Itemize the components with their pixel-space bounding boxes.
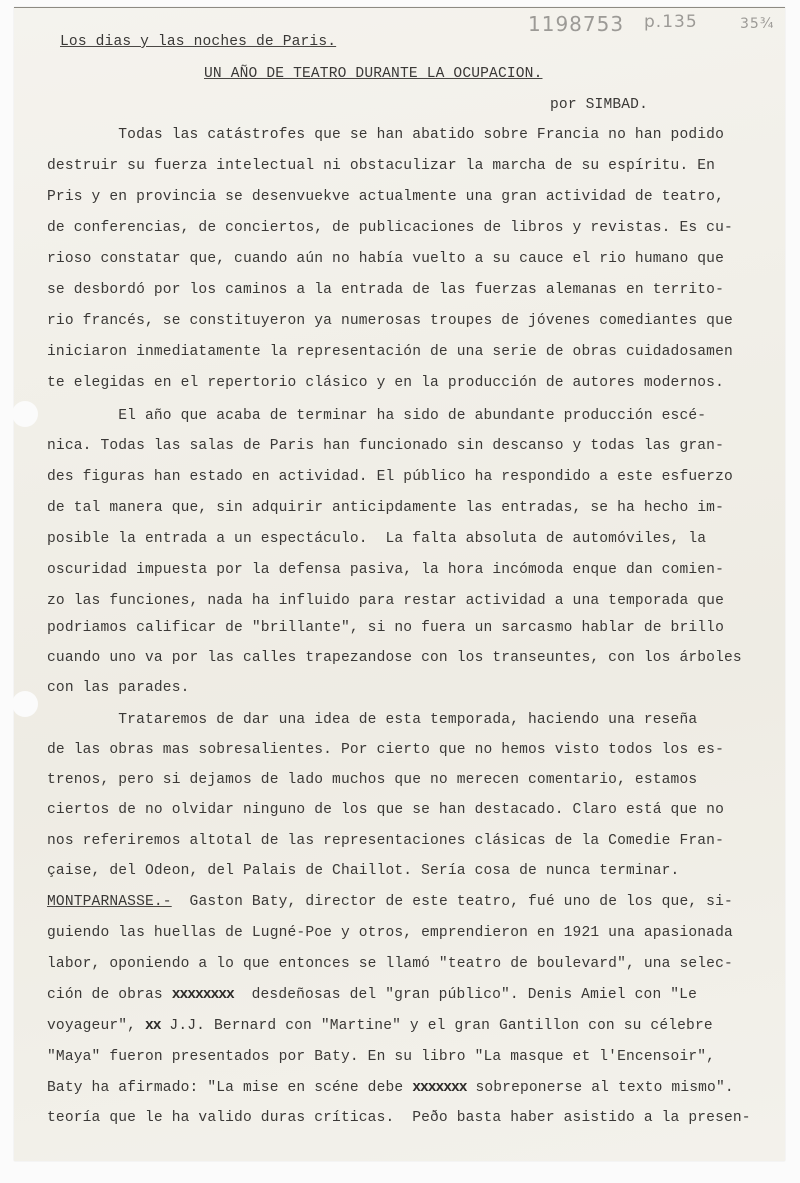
- page-reference: p.135: [644, 12, 698, 32]
- text-line: Baty ha afirmado: "La mise en scéne debe…: [47, 1080, 734, 1096]
- text-line: iniciaron inmediatamente la representaci…: [47, 344, 733, 360]
- catalog-number: 1198753: [528, 12, 624, 36]
- text-line: voyageur", xx J.J. Bernard con "Martine"…: [47, 1018, 713, 1034]
- corner-mark: 35¾: [740, 16, 774, 32]
- text-line: se desbordó por los caminos a la entrada…: [47, 282, 724, 298]
- struck-out-text: xxxxxxx: [412, 1080, 466, 1096]
- text-line: zo las funciones, nada ha influido para …: [47, 593, 724, 609]
- text-line: des figuras han estado en actividad. El …: [47, 469, 733, 485]
- text-line: MONTPARNASSE.- Gaston Baty, director de …: [47, 894, 733, 910]
- section-heading: MONTPARNASSE.-: [47, 894, 172, 910]
- text-line: te elegidas en el repertorio clásico y e…: [47, 375, 724, 391]
- text-line: Trataremos de dar una idea de esta tempo…: [47, 712, 697, 728]
- byline: por SIMBAD.: [550, 97, 648, 113]
- series-title: Los dias y las noches de Paris.: [60, 34, 336, 50]
- text-line: con las parades.: [47, 680, 190, 696]
- text-line: El año que acaba de terminar ha sido de …: [47, 408, 706, 424]
- text-line: cuando uno va por las calles trapezandos…: [47, 650, 742, 666]
- text-line: ción de obras xxxxxxxx desdeñosas del "g…: [47, 987, 697, 1003]
- text-span: Baty ha afirmado: "La mise en scéne debe: [47, 1080, 412, 1096]
- text-line: ciertos de no olvidar ninguno de los que…: [47, 802, 724, 818]
- punch-hole: [12, 691, 38, 717]
- text-line: "Maya" fueron presentados por Baty. En s…: [47, 1049, 715, 1065]
- text-line: rio francés, se constituyeron ya numeros…: [47, 313, 733, 329]
- text-line: de conferencias, de conciertos, de publi…: [47, 220, 733, 236]
- text-line: posible la entrada a un espectáculo. La …: [47, 531, 706, 547]
- text-span: J.J. Bernard con "Martine" y el gran Gan…: [161, 1018, 713, 1034]
- text-line: nos referiremos altotal de las represent…: [47, 833, 724, 849]
- text-line: çaise, del Odeon, del Palais de Chaillot…: [47, 863, 679, 879]
- text-span: voyageur",: [47, 1018, 145, 1034]
- text-line: rioso constatar que, cuando aún no había…: [47, 251, 724, 267]
- text-line: trenos, pero si dejamos de lado muchos q…: [47, 772, 697, 788]
- text-line: destruir su fuerza intelectual ni obstac…: [47, 158, 715, 174]
- text-line: nica. Todas las salas de Paris han funci…: [47, 438, 724, 454]
- text-span: desdeñosas del "gran público". Denis Ami…: [234, 987, 697, 1003]
- text-line: de tal manera que, sin adquirir anticipd…: [47, 500, 724, 516]
- text-line: Pris y en provincia se desenvuekve actua…: [47, 189, 724, 205]
- text-span: sobreponerse al texto mismo".: [467, 1080, 734, 1096]
- text-line: de las obras mas sobresalientes. Por cie…: [47, 742, 724, 758]
- text-line: labor, oponiendo a lo que entonces se ll…: [47, 956, 733, 972]
- article-title: UN AÑO DE TEATRO DURANTE LA OCUPACION.: [204, 66, 543, 82]
- struck-out-text: xx: [145, 1018, 161, 1034]
- text-line: guiendo las huellas de Lugné-Poe y otros…: [47, 925, 733, 941]
- text-span: ción de obras: [47, 987, 172, 1003]
- text-line: Todas las catástrofes que se han abatido…: [47, 127, 724, 143]
- text-line: oscuridad impuesta por la defensa pasiva…: [47, 562, 724, 578]
- punch-hole: [12, 401, 38, 427]
- text-line: teoría que le ha valido duras críticas. …: [47, 1110, 751, 1126]
- text-line: podriamos calificar de "brillante", si n…: [47, 620, 724, 636]
- struck-out-text: xxxxxxxx: [172, 987, 234, 1003]
- text-span: Gaston Baty, director de este teatro, fu…: [172, 894, 733, 910]
